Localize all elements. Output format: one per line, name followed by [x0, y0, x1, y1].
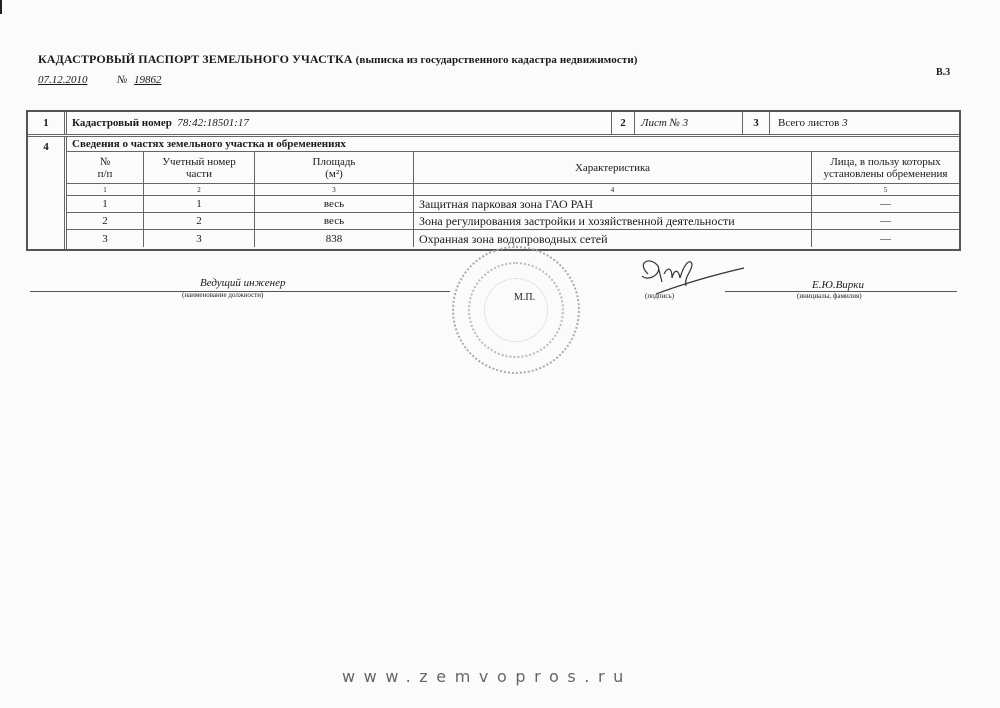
cell-area: весь [255, 213, 414, 229]
col-index: 4 [414, 184, 812, 195]
cadastral-number-cell: Кадастровый номер 78:42:18501:17 [67, 112, 612, 134]
cell-part: 2 [144, 213, 255, 229]
table-row: 3 3 838 Охранная зона водопроводных сете… [67, 230, 959, 247]
signature-caption: (подпись) [645, 292, 674, 300]
official-stamp [452, 246, 580, 374]
page-code: В.3 [936, 67, 950, 78]
cell-number: 3 [67, 230, 144, 247]
scan-corner-mark [0, 0, 2, 14]
col-header-persons: Лица, в пользу которыхустановлены обреме… [812, 152, 959, 183]
table-row: 2 2 весь Зона регулирования застройки и … [67, 213, 959, 230]
document-date: 07.12.2010 [38, 74, 88, 86]
cell-persons: — [812, 230, 959, 247]
document-title: КАДАСТРОВЫЙ ПАСПОРТ ЗЕМЕЛЬНОГО УЧАСТКА (… [38, 52, 638, 67]
cadastral-table: 1 Кадастровый номер 78:42:18501:17 2 Лис… [26, 110, 961, 251]
position-title: Ведущий инженер [200, 277, 285, 289]
row1-total-index: 3 [743, 112, 770, 134]
row-cadastral-number: 1 Кадастровый номер 78:42:18501:17 2 Лис… [28, 112, 959, 137]
parts-section-title: Сведения о частях земельного участка и о… [67, 137, 959, 152]
cadastral-number-value: 78:42:18501:17 [177, 117, 249, 129]
cell-description: Защитная парковая зона ГАО РАН [414, 196, 812, 212]
name-caption: (инициалы, фамилия) [797, 292, 862, 300]
cell-part: 3 [144, 230, 255, 247]
sheet-value: 3 [683, 117, 689, 129]
stamp-label: М.П. [514, 292, 535, 303]
total-sheets-value: 3 [842, 117, 848, 129]
cell-area: весь [255, 196, 414, 212]
column-headers-row: №п/п Учетный номерчасти Площадь(м²) Хара… [67, 152, 959, 184]
row1-sheet-index: 2 [612, 112, 635, 134]
row-parts-info: 4 Сведения о частях земельного участка и… [28, 137, 959, 249]
col-index: 5 [812, 184, 959, 195]
title-text: КАДАСТРОВЫЙ ПАСПОРТ ЗЕМЕЛЬНОГО УЧАСТКА [38, 52, 353, 66]
cell-number: 2 [67, 213, 144, 229]
col-index: 2 [144, 184, 255, 195]
total-sheets-cell: Всего листов 3 [770, 112, 959, 134]
document-number: 19862 [134, 74, 162, 86]
cell-persons: — [812, 196, 959, 212]
cell-description: Зона регулирования застройки и хозяйстве… [414, 213, 812, 229]
cell-persons: — [812, 213, 959, 229]
document-number-label: № [117, 74, 127, 86]
col-index: 1 [67, 184, 144, 195]
column-index-row: 1 2 3 4 5 [67, 184, 959, 196]
col-header-description: Характеристика [414, 152, 812, 183]
cell-part: 1 [144, 196, 255, 212]
sheet-label: Лист № [641, 117, 680, 129]
cadastral-number-label: Кадастровый номер [72, 117, 172, 129]
col-index: 3 [255, 184, 414, 195]
watermark: www.zemvopros.ru [342, 667, 632, 686]
signer-name: Е.Ю.Вирки [812, 279, 864, 291]
position-caption: (наименование должности) [182, 291, 263, 299]
cell-area: 838 [255, 230, 414, 247]
cell-description: Охранная зона водопроводных сетей [414, 230, 812, 247]
total-sheets-label: Всего листов [778, 117, 839, 129]
row1-number: 1 [28, 112, 67, 134]
col-header-part-number: Учетный номерчасти [144, 152, 255, 183]
table-row: 1 1 весь Защитная парковая зона ГАО РАН … [67, 196, 959, 213]
stamp-center-ring [484, 278, 548, 342]
sheet-number-cell: Лист № 3 [635, 112, 743, 134]
row4-number: 4 [28, 137, 67, 249]
col-header-area: Площадь(м²) [255, 152, 414, 183]
col-header-number: №п/п [67, 152, 144, 183]
title-subtitle: (выписка из государственного кадастра не… [356, 54, 638, 66]
cell-number: 1 [67, 196, 144, 212]
